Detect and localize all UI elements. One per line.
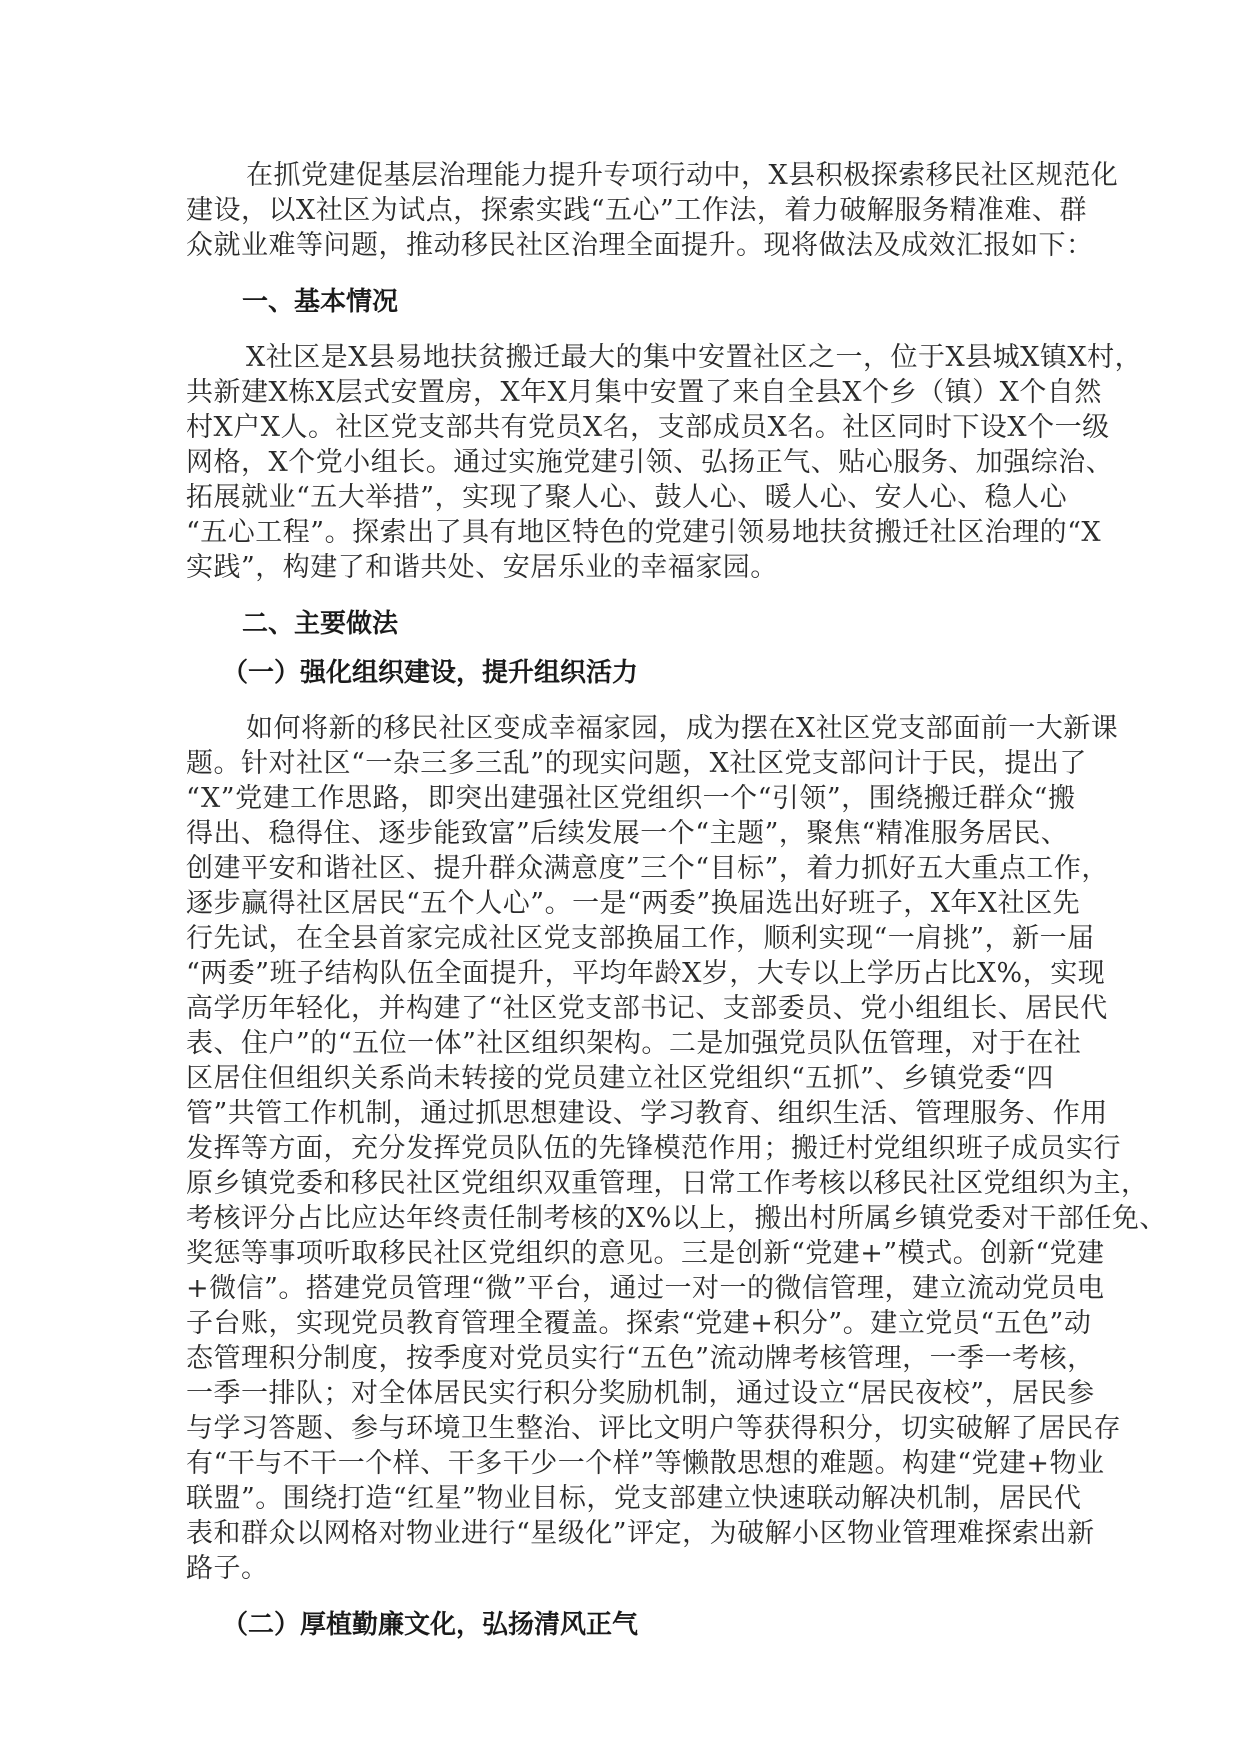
- text-line: 子台账，实现党员教育管理全覆盖。探索“党建+积分”。建立党员“五色”动: [186, 1306, 1052, 1341]
- text-line: 原乡镇党委和移民社区党组织双重管理，日常工作考核以移民社区党组织为主，: [186, 1166, 1052, 1201]
- text-line: 村X户X人。社区党支部共有党员X名，支部成员X名。社区同时下设X个一级: [186, 410, 1052, 445]
- organization-paragraph: 如何将新的移民社区变成幸福家园，成为摆在X社区党支部面前一大新课 题。针对社区“…: [186, 711, 1052, 1586]
- document-page: 在抓党建促基层治理能力提升专项行动中，X县积极探索移民社区规范化 建设，以X社区…: [186, 158, 1052, 1643]
- text-line: 高学历年轻化，并构建了“社区党支部书记、支部委员、党小组组长、居民代: [186, 991, 1052, 1026]
- text-line: 拓展就业“五大举措”，实现了聚人心、鼓人心、暖人心、安人心、稳人心: [186, 480, 1052, 515]
- text-line: 实践”，构建了和谐共处、安居乐业的幸福家园。: [186, 550, 1052, 585]
- spacer: [186, 1586, 1052, 1608]
- section-heading-main-practices: 二、主要做法: [186, 607, 1052, 642]
- text-line: 题。针对社区“一杂三多三乱”的现实问题，X社区党支部问计于民，提出了: [186, 746, 1052, 781]
- text-line: 路子。: [186, 1551, 1052, 1586]
- subsection-heading-integrity-culture: （二）厚植勤廉文化，弘扬清风正气: [186, 1608, 1052, 1643]
- text-line: 表、住户”的“五位一体”社区组织架构。二是加强党员队伍管理，对于在社: [186, 1026, 1052, 1061]
- basic-situation-paragraph: X社区是X县易地扶贫搬迁最大的集中安置社区之一，位于X县城X镇X村， 共新建X栋…: [186, 340, 1052, 585]
- text-line: 奖惩等事项听取移民社区党组织的意见。三是创新“党建+”模式。创新“党建: [186, 1236, 1052, 1271]
- text-line: +微信”。搭建党员管理“微”平台，通过一对一的微信管理，建立流动党员电: [186, 1271, 1052, 1306]
- text-line: 众就业难等问题，推动移民社区治理全面提升。现将做法及成效汇报如下：: [186, 228, 1052, 263]
- text-line: X社区是X县易地扶贫搬迁最大的集中安置社区之一，位于X县城X镇X村，: [186, 340, 1052, 375]
- text-line: 联盟”。围绕打造“红星”物业目标，党支部建立快速联动解决机制，居民代: [186, 1481, 1052, 1516]
- text-line: “五心工程”。探索出了具有地区特色的党建引领易地扶贫搬迁社区治理的“X: [186, 515, 1052, 550]
- subsection-heading-organization: （一）强化组织建设，提升组织活力: [186, 656, 1052, 691]
- spacer: [186, 642, 1052, 656]
- spacer: [186, 263, 1052, 285]
- text-line: 网格，X个党小组长。通过实施党建引领、弘扬正气、贴心服务、加强综治、: [186, 445, 1052, 480]
- section-heading-basic-situation: 一、基本情况: [186, 285, 1052, 320]
- text-line: 建设，以X社区为试点，探索实践“五心”工作法，着力破解服务精准难、群: [186, 193, 1052, 228]
- text-line: 在抓党建促基层治理能力提升专项行动中，X县积极探索移民社区规范化: [186, 158, 1052, 193]
- intro-paragraph: 在抓党建促基层治理能力提升专项行动中，X县积极探索移民社区规范化 建设，以X社区…: [186, 158, 1052, 263]
- text-line: “两委”班子结构队伍全面提升，平均年龄X岁，大专以上学历占比X%，实现: [186, 956, 1052, 991]
- text-line: 创建平安和谐社区、提升群众满意度”三个“目标”，着力抓好五大重点工作，: [186, 851, 1052, 886]
- text-line: 表和群众以网格对物业进行“星级化”评定，为破解小区物业管理难探索出新: [186, 1516, 1052, 1551]
- text-line: 区居住但组织关系尚未转接的党员建立社区党组织“五抓”、乡镇党委“四: [186, 1061, 1052, 1096]
- text-line: 逐步赢得社区居民“五个人心”。一是“两委”换届选出好班子，X年X社区先: [186, 886, 1052, 921]
- text-line: “X”党建工作思路，即突出建强社区党组织一个“引领”，围绕搬迁群众“搬: [186, 781, 1052, 816]
- spacer: [186, 691, 1052, 711]
- text-line: 与学习答题、参与环境卫生整治、评比文明户等获得积分，切实破解了居民存: [186, 1411, 1052, 1446]
- text-line: 行先试，在全县首家完成社区党支部换届工作，顺利实现“一肩挑”，新一届: [186, 921, 1052, 956]
- text-line: 态管理积分制度，按季度对党员实行“五色”流动牌考核管理，一季一考核，: [186, 1341, 1052, 1376]
- text-line: 考核评分占比应达年终责任制考核的X%以上，搬出村所属乡镇党委对干部任免、: [186, 1201, 1052, 1236]
- spacer: [186, 320, 1052, 340]
- text-line: 管”共管工作机制，通过抓思想建设、学习教育、组织生活、管理服务、作用: [186, 1096, 1052, 1131]
- text-line: 一季一排队；对全体居民实行积分奖励机制，通过设立“居民夜校”，居民参: [186, 1376, 1052, 1411]
- text-line: 发挥等方面，充分发挥党员队伍的先锋模范作用；搬迁村党组织班子成员实行: [186, 1131, 1052, 1166]
- spacer: [186, 585, 1052, 607]
- text-line: 得出、稳得住、逐步能致富”后续发展一个“主题”，聚焦“精准服务居民、: [186, 816, 1052, 851]
- text-line: 共新建X栋X层式安置房，X年X月集中安置了来自全县X个乡（镇）X个自然: [186, 375, 1052, 410]
- text-line: 如何将新的移民社区变成幸福家园，成为摆在X社区党支部面前一大新课: [186, 711, 1052, 746]
- text-line: 有“干与不干一个样、干多干少一个样”等懒散思想的难题。构建“党建+物业: [186, 1446, 1052, 1481]
